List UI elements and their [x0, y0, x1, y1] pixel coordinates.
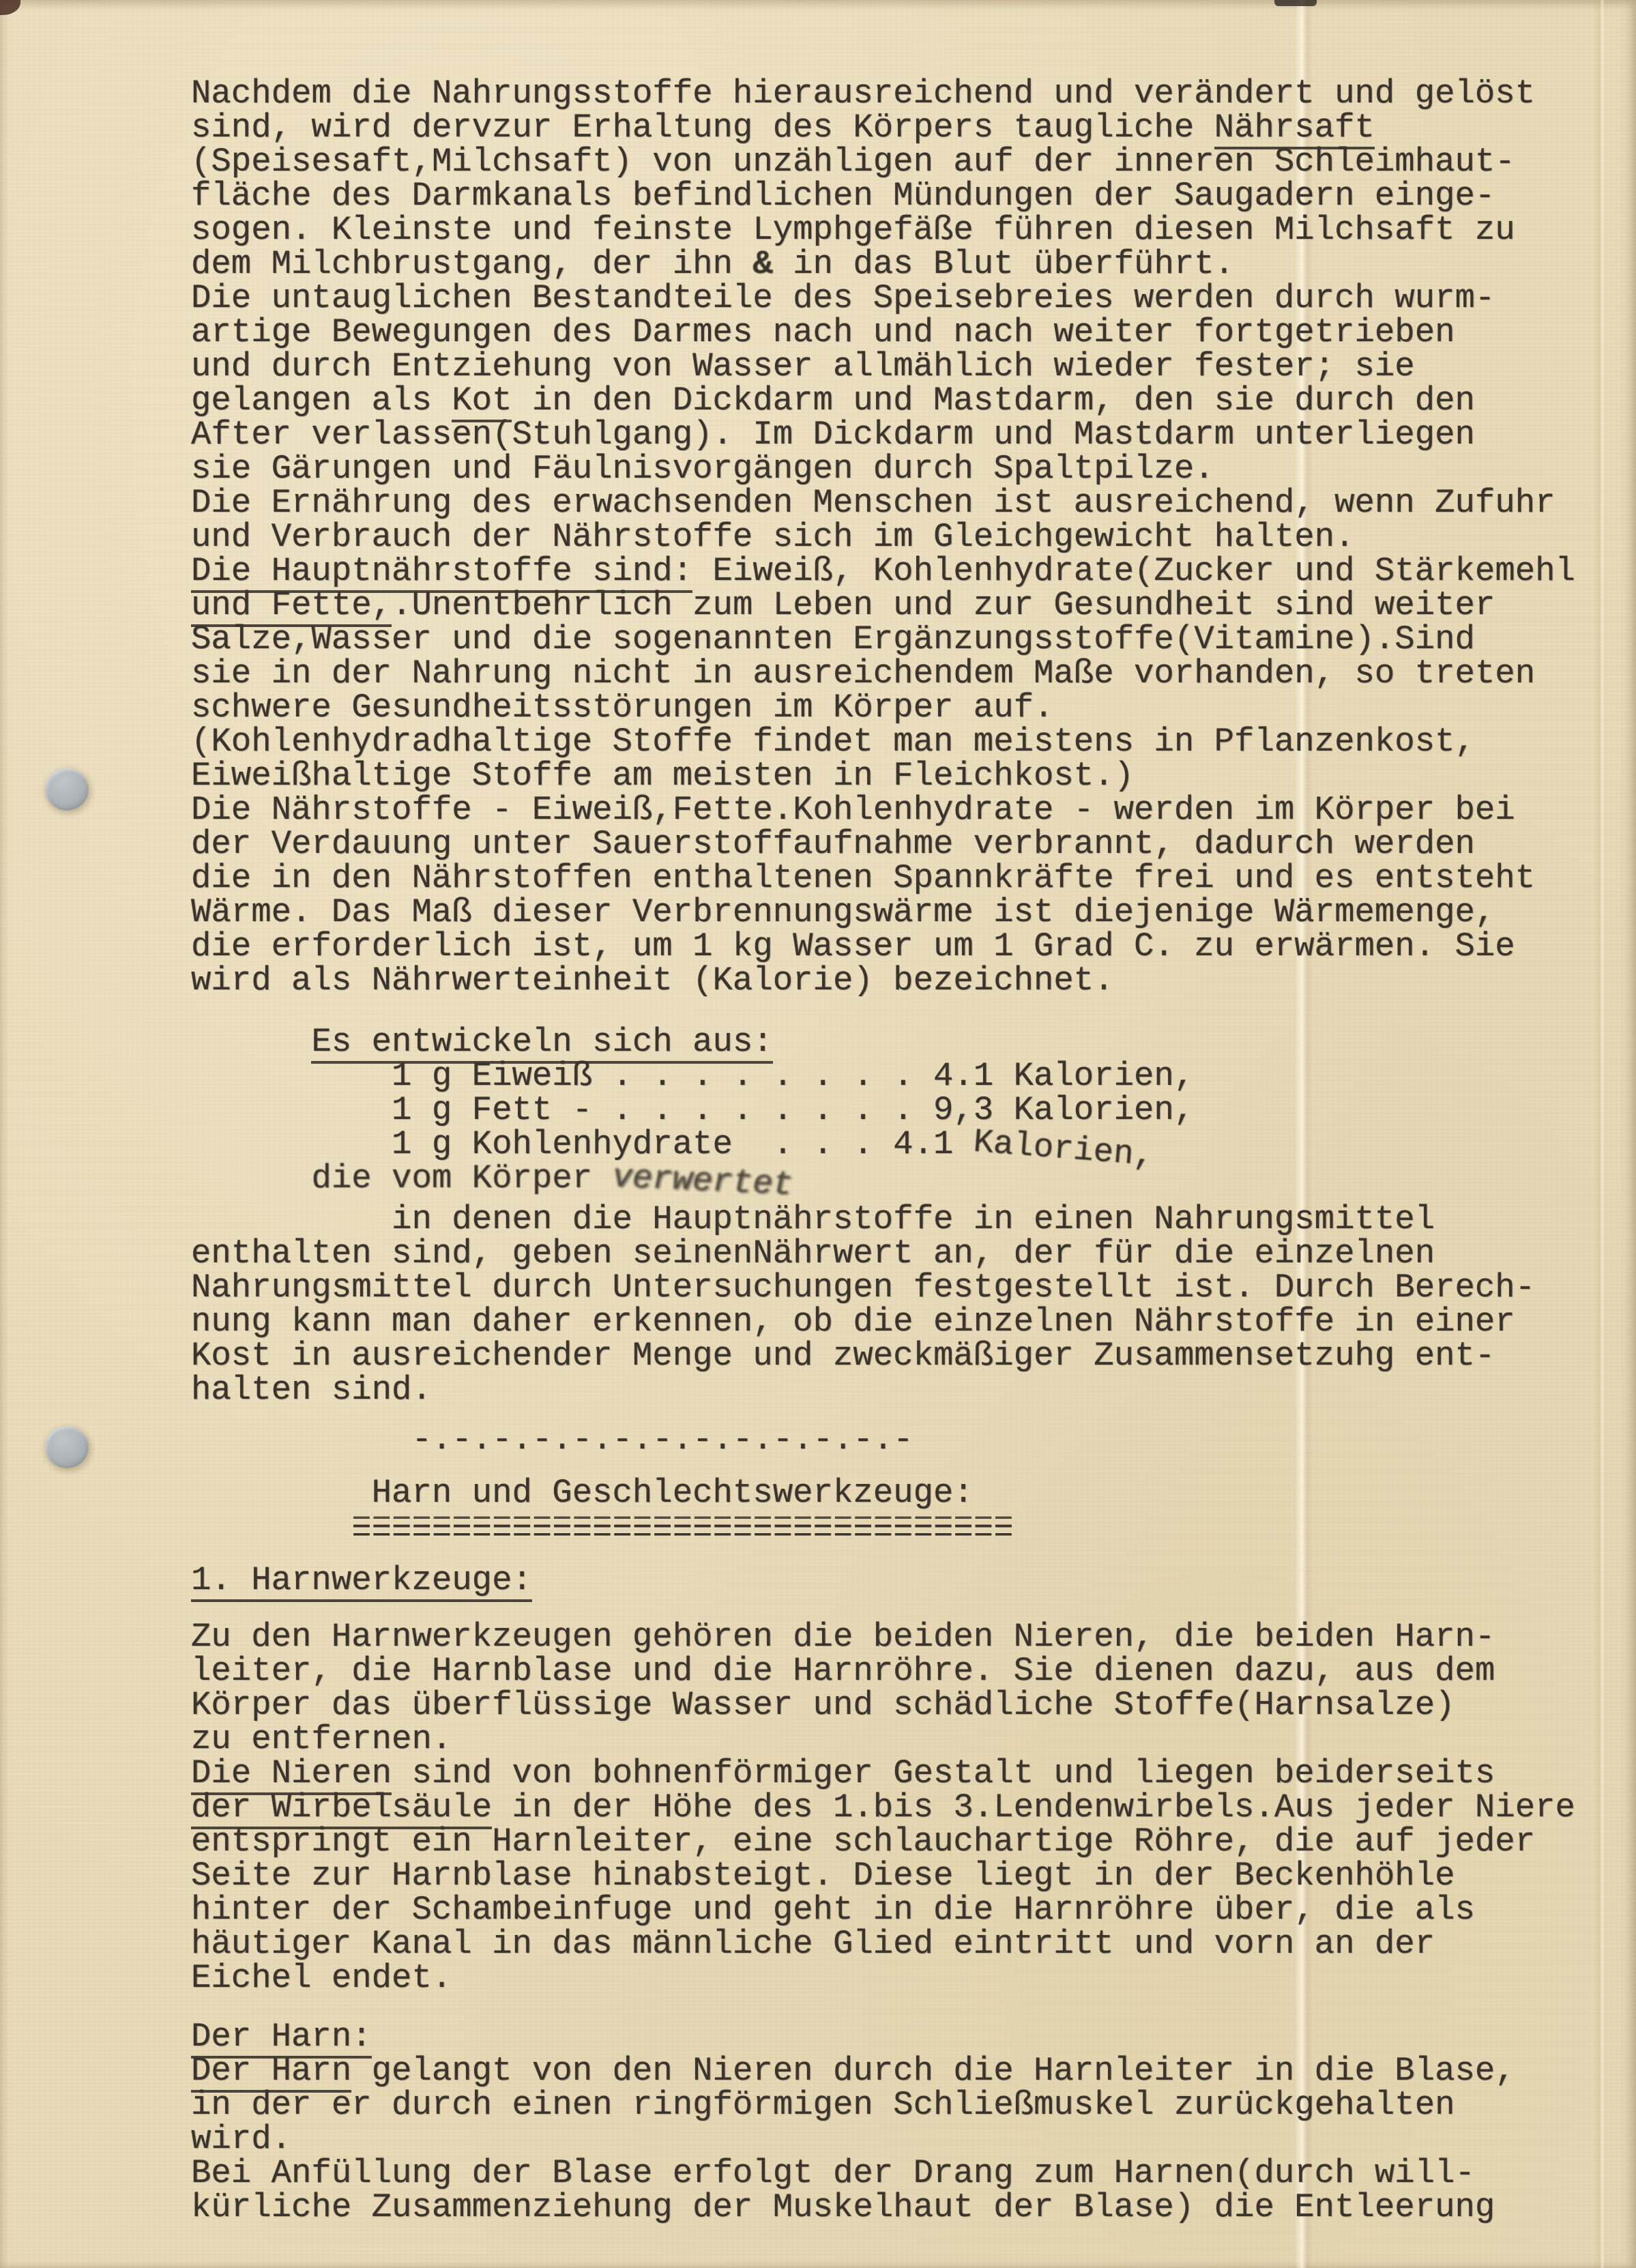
- text-segment: 1 g Fett - . . . . . . . . 9,3 Kalorien,: [191, 1091, 1194, 1129]
- text-line: Nahrungsmittel durch Untersuchungen fest…: [191, 1270, 1636, 1305]
- text-line: After verlassen(Stuhlgang). Im Dickdarm …: [191, 418, 1636, 452]
- text-line: fläche des Darmkanals befindlichen Mündu…: [191, 179, 1636, 213]
- text-line: 1 g Eiweiß . . . . . . . . 4.1 Kalorien,: [191, 1059, 1636, 1093]
- text-line: Eiweißhaltige Stoffe am meisten in Fleic…: [191, 759, 1636, 793]
- text-line: schwere Gesundheitsstörungen im Körper a…: [191, 690, 1636, 725]
- text-segment: [191, 1513, 351, 1552]
- text-segment: sie Gärungen und Fäulnisvorgängen durch …: [191, 450, 1214, 488]
- text-line: 1. Harnwerkzeuge:: [191, 1563, 1636, 1597]
- text-segment: hinter der Schambeinfuge und geht in die…: [191, 1891, 1475, 1929]
- text-segment: (Kohlenhydradhaltige Stoffe findet man m…: [191, 723, 1475, 761]
- text-line: gelangen als Kot in den Dickdarm und Mas…: [191, 383, 1636, 418]
- text-segment: Eichel endet.: [191, 1959, 452, 1997]
- chapter-title-underline: =================================: [191, 1515, 1636, 1550]
- text-line: (Speisesaft,Milchsaft) von unzähligen au…: [191, 145, 1636, 179]
- text-segment: Zu den Harnwerkzeugen gehören die beiden…: [191, 1618, 1495, 1656]
- text-segment: Harn und Geschlechtswerkzeuge:: [191, 1474, 974, 1512]
- text-segment: halten sind.: [191, 1371, 432, 1409]
- text-line: Die Nährstoffe - Eiweiß,Fette.Kohlenhydr…: [191, 793, 1636, 827]
- text-line: Die Hauptnährstoffe sind: Eiweiß, Kohlen…: [191, 554, 1636, 588]
- underlined-text: 1. Harnwerkzeuge:: [191, 1561, 532, 1602]
- text-segment: und Verbrauch der Nährstoffe sich im Gle…: [191, 518, 1354, 556]
- punch-hole-top: [45, 768, 89, 811]
- text-line: wird.: [191, 2122, 1636, 2156]
- text-segment: Bei Anfüllung der Blase erfolgt der Dran…: [191, 2154, 1475, 2192]
- text-segment: Die Ernährung des erwachsenden Menschen …: [191, 484, 1555, 522]
- text-segment: in der Höhe des 1.bis 3.Lendenwirbels.Au…: [492, 1788, 1575, 1827]
- section-der-harn: Der Harn:Der Harn gelangt von den Nieren…: [191, 2020, 1636, 2224]
- text-line: Seite zur Harnblase hinabsteigt. Diese l…: [191, 1859, 1636, 1893]
- text-line: sogen. Kleinste und feinste Lymphgefäße …: [191, 213, 1636, 247]
- text-line: und Fette,.Unentbehrlich zum Leben und z…: [191, 588, 1636, 622]
- text-segment: die in den Nährstoffen enthaltenen Spann…: [191, 859, 1535, 897]
- text-line: Die Ernährung des erwachsenden Menschen …: [191, 486, 1636, 520]
- text-segment: Wärme. Das Maß dieser Verbrennungswärme …: [191, 893, 1495, 931]
- text-segment: schwere Gesundheitsstörungen im Körper a…: [191, 688, 1053, 727]
- text-line: der Verdauung unter Sauerstoffaufnahme v…: [191, 827, 1636, 861]
- text-line: zu entfernen.: [191, 1722, 1636, 1756]
- text-line: Körper das überflüssige Wasser und schäd…: [191, 1688, 1636, 1722]
- text-line: Nachdem die Nahrungsstoffe hierausreiche…: [191, 76, 1636, 111]
- text-line: Salze,Wasser und die sogenannten Ergänzu…: [191, 622, 1636, 656]
- section-nutrition-value: in denen die Hauptnährstoffe in einen Na…: [191, 1202, 1636, 1407]
- text-segment: die vom Körper: [311, 1159, 612, 1197]
- text-segment: 1 g Kohlenhydrate . . . 4.1: [191, 1125, 974, 1163]
- text-segment: nung kann man daher erkennen, ob die ein…: [191, 1303, 1515, 1341]
- text-line: halten sind.: [191, 1373, 1636, 1407]
- text-segment: Die untauglichen Bestandteile des Speise…: [191, 279, 1495, 317]
- text-line: wird als Nährwerteinheit (Kalorie) bezei…: [191, 963, 1636, 998]
- text-segment: sogen. Kleinste und feinste Lymphgefäße …: [191, 211, 1515, 249]
- text-line: sie Gärungen und Fäulnisvorgängen durch …: [191, 452, 1636, 486]
- text-line: dem Milchbrustgang, der ihn & in das Blu…: [191, 247, 1636, 281]
- text-line: leiter, die Harnblase und die Harnröhre.…: [191, 1654, 1636, 1688]
- text-line: Die untauglichen Bestandteile des Speise…: [191, 281, 1636, 315]
- text-line: sie in der Nahrung nicht in ausreichende…: [191, 656, 1636, 690]
- text-segment: Eiweißhaltige Stoffe am meisten in Fleic…: [191, 757, 1134, 795]
- text-line: der Wirbelsäule in der Höhe des 1.bis 3.…: [191, 1790, 1636, 1824]
- text-line: (Kohlenhydradhaltige Stoffe findet man m…: [191, 725, 1636, 759]
- text-segment: in der er durch einen ringförmigen Schli…: [191, 2086, 1455, 2124]
- text-line: Harn und Geschlechtswerkzeuge:: [191, 1476, 1636, 1510]
- text-segment: .Unentbehrlich zum Leben und zur Gesundh…: [392, 586, 1495, 624]
- text-line: in der er durch einen ringförmigen Schli…: [191, 2088, 1636, 2122]
- separator-dashes: -.-.-.-.-.-.-.-.-.-.-.-.-: [191, 1423, 1636, 1457]
- text-segment: 1 g Eiweiß . . . . . . . . 4.1 Kalorien,: [191, 1057, 1194, 1095]
- text-segment: gelangen als: [191, 381, 452, 420]
- text-segment: Nachdem die Nahrungsstoffe hierausreiche…: [191, 74, 1535, 113]
- text-line: -.-.-.-.-.-.-.-.-.-.-.-.-: [191, 1423, 1636, 1457]
- text-segment: enthalten sind, geben seinenNährwert an,…: [191, 1234, 1435, 1273]
- text-segment: wird als Nährwerteinheit (Kalorie) bezei…: [191, 961, 1114, 1000]
- text-line: die in den Nährstoffen enthaltenen Spann…: [191, 861, 1636, 895]
- text-segment: =================================: [351, 1513, 1013, 1552]
- text-segment: Körper das überflüssige Wasser und schäd…: [191, 1686, 1455, 1724]
- chapter-title: Harn und Geschlechtswerkzeuge:: [191, 1476, 1636, 1510]
- text-line: artige Bewegungen des Darmes nach und na…: [191, 315, 1636, 349]
- text-line: und Verbrauch der Nährstoffe sich im Gle…: [191, 520, 1636, 554]
- text-line: nung kann man daher erkennen, ob die ein…: [191, 1305, 1636, 1339]
- text-segment: &: [753, 245, 772, 283]
- text-line: Bei Anfüllung der Blase erfolgt der Dran…: [191, 2156, 1636, 2190]
- text-segment: Seite zur Harnblase hinabsteigt. Diese l…: [191, 1857, 1455, 1895]
- text-segment: der Verdauung unter Sauerstoffaufnahme v…: [191, 825, 1475, 863]
- punch-hole-bottom: [45, 1426, 89, 1468]
- text-segment: in denen die Hauptnährstoffe in einen Na…: [191, 1200, 1435, 1238]
- section-harnwerkzeuge-title: 1. Harnwerkzeuge:: [191, 1563, 1636, 1597]
- text-line: Kost in ausreichender Menge und zweckmäß…: [191, 1339, 1636, 1373]
- text-line: Es entwickeln sich aus:: [191, 1025, 1636, 1059]
- text-line: die erforderlich ist, um 1 kg Wasser um …: [191, 929, 1636, 963]
- text-line: Der Harn gelangt von den Nieren durch di…: [191, 2054, 1636, 2088]
- text-line: enthalten sind, geben seinenNährwert an,…: [191, 1236, 1636, 1270]
- text-segment: leiter, die Harnblase und die Harnröhre.…: [191, 1652, 1495, 1690]
- section-nieren-text: Die Nieren sind von bohnenförmiger Gesta…: [191, 1756, 1636, 1995]
- section-harnwerkzeuge-text: Zu den Harnwerkzeugen gehören die beiden…: [191, 1620, 1636, 1756]
- text-line: Eichel endet.: [191, 1961, 1636, 1995]
- text-line: und durch Entziehung von Wasser allmähli…: [191, 349, 1636, 383]
- text-segment: in das Blut überführt.: [773, 245, 1234, 283]
- text-line: kürliche Zusammenziehung der Muskelhaut …: [191, 2190, 1636, 2224]
- text-line: häutiger Kanal in das männliche Glied ei…: [191, 1927, 1636, 1961]
- text-segment: häutiger Kanal in das männliche Glied ei…: [191, 1925, 1435, 1963]
- text-segment: sind von bohnenförmiger Gestalt und lieg…: [392, 1754, 1495, 1792]
- scanned-typewritten-page: Nachdem die Nahrungsstoffe hierausreiche…: [0, 0, 1636, 2268]
- text-segment: sind, wird dervzur Erhaltung des Körpers…: [191, 108, 1214, 147]
- text-segment: fläche des Darmkanals befindlichen Mündu…: [191, 177, 1495, 215]
- text-segment: Kost in ausreichender Menge und zweckmäß…: [191, 1337, 1495, 1375]
- text-line: sind, wird dervzur Erhaltung des Körpers…: [191, 111, 1636, 145]
- text-segment: artige Bewegungen des Darmes nach und na…: [191, 313, 1455, 351]
- text-line: =================================: [191, 1515, 1636, 1550]
- text-line: Die Nieren sind von bohnenförmiger Gesta…: [191, 1756, 1636, 1790]
- text-line: entspringt ein Harnleiter, eine schlauch…: [191, 1824, 1636, 1859]
- text-segment: verwertet: [608, 1160, 795, 1202]
- text-line: die vom Körper verwertet: [191, 1161, 1636, 1195]
- document-text: Nachdem die Nahrungsstoffe hierausreiche…: [191, 0, 1636, 2224]
- text-segment: [191, 1159, 311, 1197]
- text-segment: entspringt ein Harnleiter, eine schlauch…: [191, 1822, 1535, 1861]
- text-line: in denen die Hauptnährstoffe in einen Na…: [191, 1202, 1636, 1236]
- text-segment: -.-.-.-.-.-.-.-.-.-.-.-.-: [191, 1421, 914, 1459]
- text-segment: After verlassen(Stuhlgang). Im Dickdarm …: [191, 416, 1475, 454]
- text-segment: und durch Entziehung von Wasser allmähli…: [191, 347, 1415, 386]
- text-segment: wird.: [191, 2120, 291, 2158]
- text-segment: in den Dickdarm und Mastdarm, den sie du…: [512, 381, 1474, 420]
- text-segment: sie in der Nahrung nicht in ausreichende…: [191, 654, 1535, 693]
- text-line: hinter der Schambeinfuge und geht in die…: [191, 1893, 1636, 1927]
- text-line: Der Harn:: [191, 2020, 1636, 2054]
- section-digestion-intro: Nachdem die Nahrungsstoffe hierausreiche…: [191, 76, 1636, 998]
- text-segment: zu entfernen.: [191, 1720, 452, 1758]
- text-segment: Salze,Wasser und die sogenannten Ergänzu…: [191, 620, 1475, 658]
- scan-corner-mark: [0, 0, 20, 15]
- text-segment: dem Milchbrustgang, der ihn: [191, 245, 753, 283]
- text-segment: kürliche Zusammenziehung der Muskelhaut …: [191, 2188, 1495, 2226]
- text-line: Zu den Harnwerkzeugen gehören die beiden…: [191, 1620, 1636, 1654]
- text-segment: Nahrungsmittel durch Untersuchungen fest…: [191, 1268, 1535, 1307]
- text-line: Wärme. Das Maß dieser Verbrennungswärme …: [191, 895, 1636, 929]
- section-calorie-table: Es entwickeln sich aus: 1 g Eiweiß . . .…: [191, 1025, 1636, 1195]
- text-line: 1 g Fett - . . . . . . . . 9,3 Kalorien,: [191, 1093, 1636, 1127]
- text-segment: Die Nährstoffe - Eiweiß,Fette.Kohlenhydr…: [191, 791, 1515, 829]
- text-segment: [191, 1023, 311, 1061]
- text-segment: (Speisesaft,Milchsaft) von unzähligen au…: [191, 143, 1515, 181]
- text-segment: die erforderlich ist, um 1 kg Wasser um …: [191, 927, 1515, 965]
- text-line: 1 g Kohlenhydrate . . . 4.1 Kalorien,: [191, 1127, 1636, 1161]
- text-segment: Eiweiß, Kohlenhydrate(Zucker und Stärkem…: [692, 552, 1575, 590]
- text-segment: gelangt von den Nieren durch die Harnlei…: [351, 2052, 1515, 2090]
